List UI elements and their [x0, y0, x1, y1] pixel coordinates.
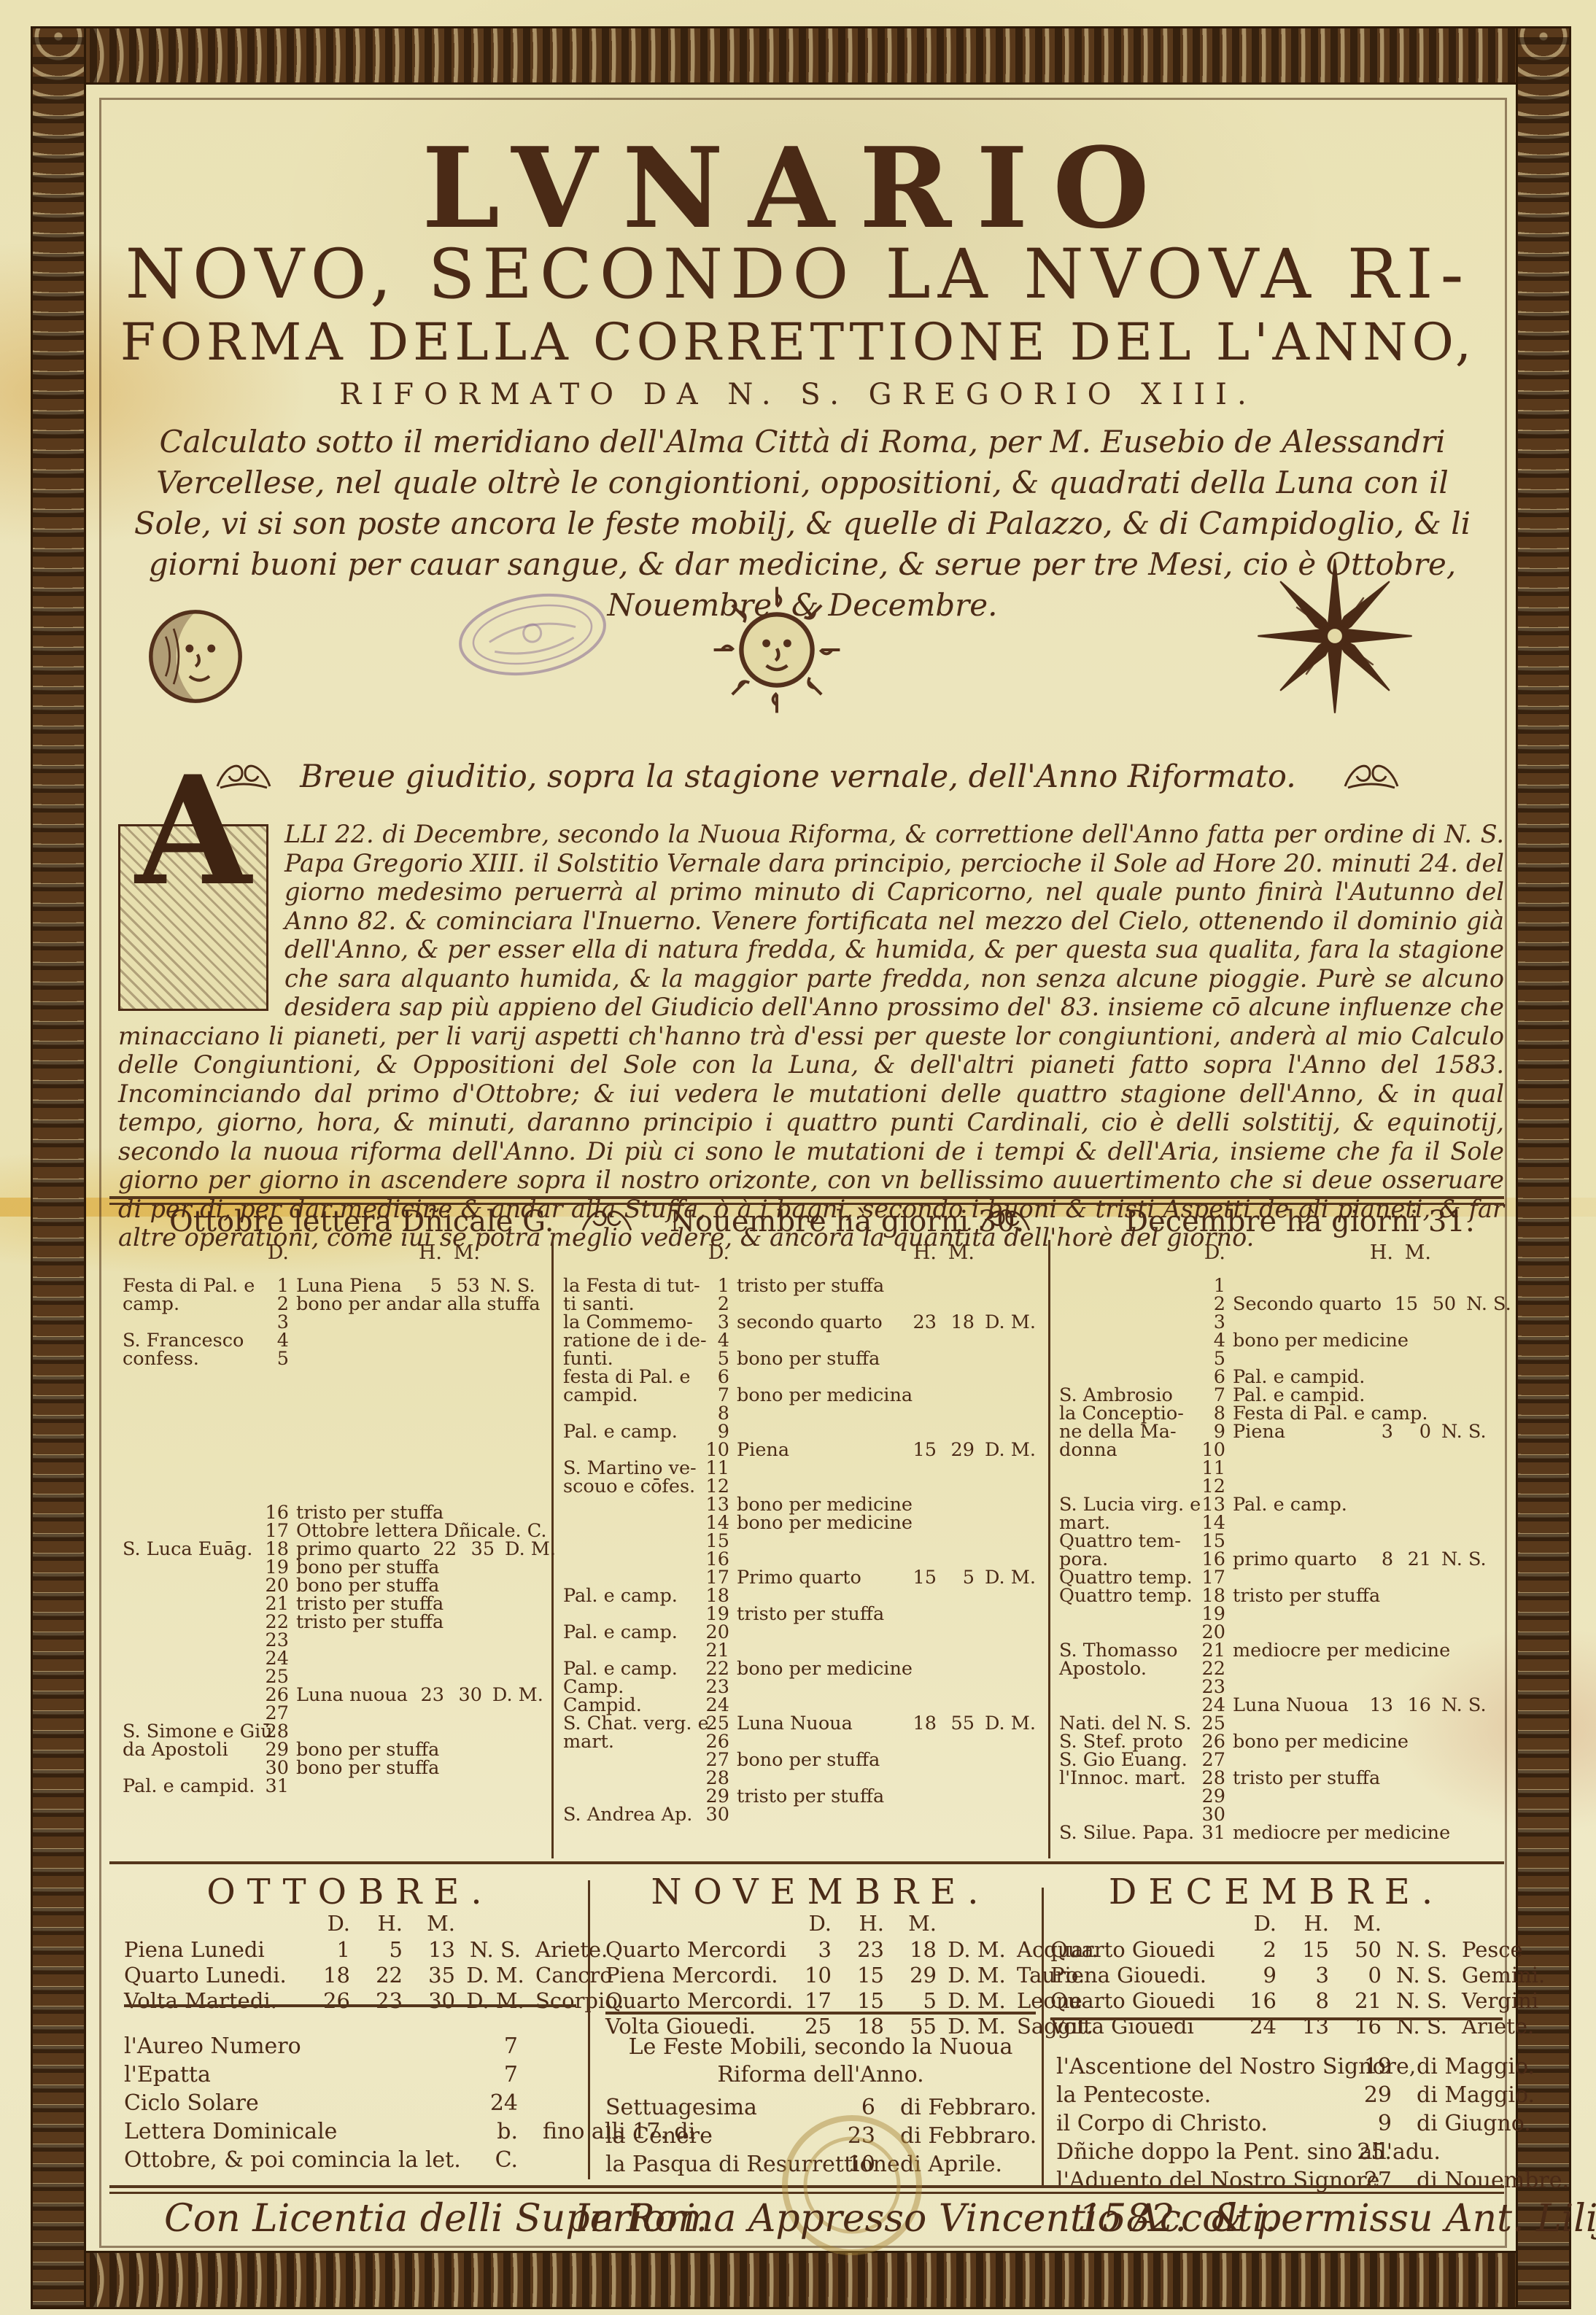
style-flag: N. S.: [1431, 1694, 1501, 1713]
calendar-row: 17Primo quarto155D. M.: [563, 1567, 1045, 1585]
saint-feast-label: [1059, 1457, 1192, 1476]
day-note: [296, 1721, 406, 1739]
style-flag: [1525, 1822, 1595, 1840]
info-label: l'Aureo Numero: [124, 2033, 467, 2062]
style-flag: [1454, 1767, 1525, 1785]
spacer: [1017, 1911, 1036, 1937]
day-number: 2: [696, 1293, 737, 1311]
saint-feast-label: S. Stef. proto: [1059, 1731, 1192, 1749]
calendar-row: 24Luna Nuoua1316N. S.: [1059, 1694, 1501, 1713]
day-note: [1233, 1311, 1357, 1330]
hour-value: 15: [900, 1439, 937, 1457]
hour-value: [913, 1658, 949, 1676]
dropcap-woodcut: A: [118, 824, 268, 1011]
minute-value: 35: [457, 1538, 495, 1556]
hour-value: [900, 1403, 937, 1421]
style-flag: [480, 1330, 550, 1348]
minute-value: [480, 1593, 518, 1611]
saint-feast-label: [123, 1520, 255, 1538]
day-note: bono per stuffa: [296, 1739, 439, 1757]
saint-feast-label: Pal. e camp.: [563, 1621, 696, 1640]
saint-feast-label: [563, 1567, 696, 1585]
calendar-row: S. Andrea Ap.30: [563, 1804, 1045, 1822]
hour-value: [900, 1749, 937, 1767]
style-flag: [975, 1676, 1045, 1694]
calendar-column-october: D.H.M.Festa di Pal. e1Luna Piena553N. S.…: [123, 1241, 550, 1794]
day-number: 10: [1192, 1439, 1233, 1457]
minute-value: 30: [444, 1684, 482, 1702]
day-note: [737, 1676, 900, 1694]
spacer: [937, 1911, 1017, 1937]
style-flag: D. M.: [937, 1963, 1017, 1988]
saint-feast-label: [563, 1767, 696, 1785]
saint-feast-label: S. Thomasso: [1059, 1640, 1192, 1658]
day-number: 26: [312, 1988, 350, 2014]
minute-value: 5: [884, 1988, 937, 2014]
saint-feast-label: [123, 1311, 255, 1330]
hour-value: [1450, 1822, 1487, 1840]
minute-value: [1393, 1311, 1431, 1330]
phase-event: Quarto Mercordi: [605, 1937, 794, 1963]
saint-feast-label: funti.: [563, 1348, 696, 1366]
minute-value: [937, 1621, 975, 1640]
saint-feast-label: [563, 1530, 696, 1548]
day-note: mediocre per medicine: [1233, 1822, 1450, 1840]
day-number: 8: [1192, 1403, 1233, 1421]
day-note: tristo per stuffa: [296, 1502, 443, 1520]
minute-value: [1393, 1275, 1431, 1293]
fleuron-icon: [1341, 757, 1402, 792]
calendar-row: 30bono per stuffa: [123, 1757, 550, 1775]
feste-signore-list: l'Ascentione del Nostro Signore,19di Mag…: [1056, 2054, 1503, 2196]
style-flag: [975, 1403, 1045, 1421]
style-flag: [1454, 1585, 1525, 1603]
saint-feast-label: [563, 1548, 696, 1567]
hour-value: [406, 1721, 442, 1739]
calendar-row: 14bono per medicine: [563, 1512, 1045, 1530]
calendar-row: 20: [1059, 1621, 1501, 1640]
day-note: Pal. e campid.: [1233, 1366, 1365, 1384]
hour-value: [439, 1739, 476, 1757]
minute-col-header: M.: [403, 1911, 455, 1937]
calendar-row: 19tristo per stuffa: [563, 1603, 1045, 1621]
saint-feast-label: [123, 1684, 255, 1702]
info-label: Lettera Dominicale: [124, 2119, 467, 2147]
minute-value: 29: [884, 1963, 937, 1988]
hour-value: [900, 1676, 937, 1694]
calendar-row: Pal. e camp.22bono per medicine: [563, 1658, 1045, 1676]
info-value: 9: [1348, 2111, 1392, 2139]
saint-feast-label: mart.: [1059, 1512, 1192, 1530]
calendar-row: S. Silue. Papa.31mediocre per medicine: [1059, 1822, 1501, 1840]
day-col-header: D.: [312, 1911, 350, 1937]
calendar-row: 26Luna nuoua2330D. M.: [123, 1684, 550, 1702]
minute-value: [949, 1384, 987, 1403]
day-number: 25: [696, 1713, 737, 1731]
calendar-row: la Festa di tut-1tristo per stuffa: [563, 1275, 1045, 1293]
minute-value: [949, 1658, 987, 1676]
calendar-row: funti.5bono per stuffa: [563, 1348, 1045, 1366]
saint-feast-label: Quattro temp.: [1059, 1585, 1192, 1603]
saint-feast-label: camp.: [123, 1293, 255, 1311]
day-note: [1233, 1512, 1357, 1530]
minute-value: [1445, 1731, 1483, 1749]
calendar-row: 17Ottobre lettera Dñicale. C.: [123, 1520, 550, 1538]
hour-value: [1357, 1567, 1393, 1585]
saint-feast-label: pora.: [1059, 1548, 1192, 1567]
hour-value: [1357, 1476, 1393, 1494]
info-label: Ciclo Solare: [124, 2090, 467, 2119]
hour-value: [406, 1629, 442, 1648]
hour-value: [406, 1666, 442, 1684]
style-flag: [975, 1476, 1045, 1494]
title-line-2: NOVO, SECONDO LA NVOVA RI-: [0, 235, 1596, 314]
dropcap-letter: A: [120, 818, 266, 847]
info-label: la Pentecoste.: [1056, 2082, 1348, 2111]
day-number: 17: [794, 1988, 832, 2014]
calendar-row: Quattro tem-15: [1059, 1530, 1501, 1548]
minute-value: [949, 1512, 987, 1530]
saint-feast-label: [563, 1640, 696, 1658]
day-number: 26: [1192, 1731, 1233, 1749]
saint-feast-label: l'Innoc. mart.: [1059, 1767, 1192, 1785]
minute-value: [937, 1403, 975, 1421]
info-row: Dñiche doppo la Pent. sino all'adu.25.: [1056, 2139, 1503, 2168]
phase-table-headers: D.H.M.: [1050, 1911, 1503, 1937]
minute-value: [442, 1330, 480, 1348]
day-number: 22: [696, 1658, 737, 1676]
style-flag: [975, 1603, 1045, 1621]
day-number: 16: [696, 1548, 737, 1567]
hour-value: [443, 1611, 480, 1629]
calendar-row: 2Secondo quarto1550N. S.: [1059, 1293, 1501, 1311]
calendar-row: 11: [1059, 1457, 1501, 1476]
day-number: 27: [696, 1749, 737, 1767]
hour-value: [900, 1767, 937, 1785]
phase-table-row: Quarto Mercordi.17155D. M.Leone: [605, 1988, 1036, 2014]
phase-table-row: Piena Mercordi.101529D. M.Tauro.: [605, 1963, 1036, 1988]
day-note: tristo per stuffa: [296, 1593, 443, 1611]
saint-feast-label: [1059, 1676, 1192, 1694]
style-flag: D. M.: [937, 1988, 1017, 2014]
day-number: 14: [696, 1512, 737, 1530]
minute-value: [1393, 1785, 1431, 1804]
day-note: tristo per stuffa: [296, 1611, 443, 1629]
info-row: l'Epatta7: [124, 2062, 576, 2090]
calendar-row: 16: [563, 1548, 1045, 1567]
calendar-row: 29tristo per stuffa: [563, 1785, 1045, 1804]
info-row: l'Ascentione del Nostro Signore,19di Mag…: [1056, 2054, 1503, 2082]
month-header-october: Ottobre lettera Dñicale G.: [169, 1205, 554, 1238]
calendar-row: 13bono per medicine: [563, 1494, 1045, 1512]
day-number: 24: [696, 1694, 737, 1713]
hour-value: 5: [350, 1937, 403, 1963]
hour-value: [1409, 1330, 1445, 1348]
day-number: 29: [1192, 1785, 1233, 1804]
phase-table-row: Quarto Giouedi16821N. S.Vergini: [1050, 1988, 1503, 2014]
day-note: [737, 1457, 900, 1476]
minute-col-header: M.: [884, 1911, 937, 1937]
saint-feast-label: [1059, 1804, 1192, 1822]
style-flag: [987, 1384, 1057, 1403]
minute-value: [1393, 1567, 1431, 1585]
style-flag: D. M.: [455, 1988, 535, 2014]
day-number: 20: [696, 1621, 737, 1640]
minute-value: [937, 1640, 975, 1658]
day-note: tristo per stuffa: [737, 1275, 900, 1293]
style-flag: [480, 1648, 550, 1666]
day-note: Piena: [737, 1439, 900, 1457]
saint-feast-label: [563, 1785, 696, 1804]
style-flag: [1431, 1785, 1501, 1804]
saint-feast-label: Festa di Pal. e: [123, 1275, 255, 1293]
minute-value: [1393, 1530, 1431, 1548]
day-number: 3: [696, 1311, 737, 1330]
minute-value: [1393, 1348, 1431, 1366]
hour-value: [900, 1457, 937, 1476]
info-suffix: [518, 2090, 543, 2119]
day-number: 18: [1192, 1585, 1233, 1603]
calendar-row: camp.2bono per andar alla stuffa: [123, 1293, 550, 1311]
saint-feast-label: Campid.: [563, 1694, 696, 1713]
hour-value: [913, 1494, 949, 1512]
day-number: 18: [312, 1963, 350, 1988]
calendar-row: la Conceptio-8Festa di Pal. e camp.: [1059, 1403, 1501, 1421]
minute-value: 0: [1329, 1963, 1382, 1988]
minute-value: 29: [937, 1439, 975, 1457]
hour-value: [900, 1421, 937, 1439]
day-note: bono per stuffa: [296, 1757, 439, 1775]
hour-value: 23: [900, 1311, 937, 1330]
saint-feast-label: ti santi.: [563, 1293, 696, 1311]
hour-value: 8: [1357, 1548, 1393, 1567]
day-note: [1233, 1603, 1357, 1621]
calendar-column-headers: D.H.M.: [123, 1241, 550, 1275]
minute-value: [480, 1502, 518, 1520]
zodiac-sign: Ariete.: [535, 1937, 608, 1963]
info-label: l'Epatta: [124, 2062, 467, 2090]
saint-feast-label: donna: [1059, 1439, 1192, 1457]
minute-value: [442, 1721, 480, 1739]
info-label: l'Ascentione del Nostro Signore,: [1056, 2054, 1348, 2082]
computus-list: l'Aureo Numero7l'Epatta7Ciclo Solare24Le…: [124, 2033, 576, 2176]
style-flag: [1431, 1804, 1501, 1822]
style-flag: [975, 1621, 1045, 1640]
saint-feast-label: [1059, 1621, 1192, 1640]
column-divider: [1042, 1888, 1044, 2188]
style-flag: [975, 1348, 1045, 1366]
spacer: [124, 1911, 312, 1937]
saint-feast-label: [1059, 1366, 1192, 1384]
phase-table-headers: D.H.M.: [124, 1911, 576, 1937]
star-burst-icon: [1255, 556, 1415, 716]
phase-table-row: Piena Giouedi.930N. S.Gemini.: [1050, 1963, 1503, 1988]
hour-value: [1357, 1749, 1393, 1767]
saint-feast-label: [1059, 1694, 1192, 1713]
minute-value: [937, 1457, 975, 1476]
saint-feast-label: [123, 1648, 255, 1666]
day-number: 7: [1192, 1384, 1233, 1403]
day-number: 18: [255, 1538, 296, 1556]
minute-value: [937, 1421, 975, 1439]
calendar-row: 1: [1059, 1275, 1501, 1293]
hour-value: 23: [832, 1937, 884, 1963]
day-number: 5: [696, 1348, 737, 1366]
hour-value: [439, 1757, 476, 1775]
style-flag: [480, 1721, 550, 1739]
minute-value: [1393, 1494, 1431, 1512]
calendar-row: S. Ambrosio7Pal. e campid.: [1059, 1384, 1501, 1403]
info-row: Ciclo Solare24: [124, 2090, 576, 2119]
day-note: [1233, 1785, 1357, 1804]
day-note: Luna nuoua: [296, 1684, 408, 1702]
day-number: 2: [1192, 1293, 1233, 1311]
minute-value: [937, 1694, 975, 1713]
hour-value: [1357, 1348, 1393, 1366]
day-number: 30: [1192, 1804, 1233, 1822]
calendar-column-headers: D.H.M.: [1059, 1241, 1501, 1275]
info-label: Ottobre, & poi comincia la let.: [124, 2147, 467, 2176]
spacer: [1059, 1241, 1192, 1275]
minute-value: [937, 1731, 975, 1749]
style-flag: [1431, 1512, 1501, 1530]
phase-event: Quarto Mercordi.: [605, 1988, 794, 2014]
saint-feast-label: Camp.: [563, 1676, 696, 1694]
hour-value: [900, 1603, 937, 1621]
divider-rule: [109, 1861, 1504, 1864]
day-col-header: D.: [1192, 1241, 1233, 1275]
minute-value: 5: [937, 1567, 975, 1585]
hour-value: [900, 1476, 937, 1494]
hour-value: [1357, 1785, 1393, 1804]
style-flag: [1431, 1311, 1501, 1330]
calendar-row: Camp.23: [563, 1676, 1045, 1694]
style-flag: N. S.: [455, 1937, 535, 1963]
calendar-row: 5: [1059, 1348, 1501, 1366]
day-note: [737, 1293, 900, 1311]
day-note: bono per andar alla stuffa: [296, 1293, 541, 1311]
minute-value: [1401, 1366, 1439, 1384]
style-flag: [1431, 1713, 1501, 1731]
hour-value: [900, 1585, 937, 1603]
day-number: 1: [255, 1275, 296, 1293]
style-flag: [1525, 1640, 1595, 1658]
style-flag: [1431, 1658, 1501, 1676]
saint-feast-label: la Conceptio-: [1059, 1403, 1192, 1421]
saint-feast-label: [1059, 1330, 1192, 1348]
minute-value: [937, 1476, 975, 1494]
day-number: 17: [1192, 1567, 1233, 1585]
spacer: [605, 1911, 794, 1937]
day-note: [1233, 1676, 1357, 1694]
hour-value: 23: [408, 1684, 444, 1702]
day-number: 27: [1192, 1749, 1233, 1767]
day-number: 22: [255, 1611, 296, 1629]
info-value: 7: [467, 2062, 518, 2090]
day-note: [737, 1585, 900, 1603]
calendar-row: 27: [123, 1702, 550, 1721]
minute-value: [442, 1648, 480, 1666]
saint-feast-label: Pal. e campid.: [123, 1775, 255, 1794]
minute-value: [1393, 1676, 1431, 1694]
style-flag: [1431, 1530, 1501, 1548]
spacer: [1382, 1911, 1462, 1937]
calendar-row: 23: [123, 1629, 550, 1648]
saint-feast-label: S. Francesco: [123, 1330, 255, 1348]
day-note: bono per stuffa: [296, 1575, 439, 1593]
day-number: 16: [255, 1502, 296, 1520]
day-number: 15: [1192, 1530, 1233, 1548]
calendar-row: 16tristo per stuffa: [123, 1502, 550, 1520]
day-note: bono per stuffa: [296, 1556, 439, 1575]
day-number: 3: [794, 1937, 832, 1963]
hour-value: [1357, 1676, 1393, 1694]
phase-event: Quarto Lunedi.: [124, 1963, 312, 1988]
info-suffix: di Maggio.: [1392, 2082, 1535, 2111]
day-number: 10: [794, 1963, 832, 1988]
style-flag: D. M.: [455, 1963, 535, 1988]
calendar-row: ratione de i de-4: [563, 1330, 1045, 1348]
calendar-row: 3: [1059, 1311, 1501, 1330]
minute-value: [442, 1629, 480, 1648]
saint-feast-label: la Festa di tut-: [563, 1275, 696, 1293]
saint-feast-label: [123, 1593, 255, 1611]
info-suffix: [518, 2062, 543, 2090]
calendar-row: S. Simone e Giū28: [123, 1721, 550, 1739]
calendar-row: 10Piena1529D. M.: [563, 1439, 1045, 1457]
hour-value: 15: [900, 1567, 937, 1585]
calendar-row: donna10: [1059, 1439, 1501, 1457]
style-flag: [975, 1457, 1045, 1476]
minute-value: [1393, 1749, 1431, 1767]
hour-value: [443, 1502, 480, 1520]
info-row: l'Aureo Numero7: [124, 2033, 576, 2062]
calendar-row: Pal. e campid.31: [123, 1775, 550, 1794]
style-flag: [975, 1275, 1045, 1293]
style-flag: D. M.: [975, 1311, 1045, 1330]
phase-table-headers: D.H.M.: [605, 1911, 1036, 1937]
day-number: 5: [1192, 1348, 1233, 1366]
style-flag: [1431, 1749, 1501, 1767]
day-number: 7: [696, 1384, 737, 1403]
hour-value: [1357, 1311, 1393, 1330]
style-flag: [975, 1640, 1045, 1658]
hour-value: [1450, 1640, 1487, 1658]
style-flag: [975, 1585, 1045, 1603]
day-note: [737, 1804, 900, 1822]
style-flag: [1431, 1567, 1501, 1585]
calendar-row: 4bono per medicine: [1059, 1330, 1501, 1348]
day-number: 9: [1239, 1963, 1277, 1988]
style-flag: [1431, 1457, 1501, 1476]
hour-col-header: H.: [406, 1241, 442, 1275]
hour-value: [1365, 1366, 1401, 1384]
calendar-row: l'Innoc. mart.28tristo per stuffa: [1059, 1767, 1501, 1785]
day-number: 31: [1192, 1822, 1233, 1840]
day-number: 30: [255, 1757, 296, 1775]
minute-value: [1465, 1403, 1503, 1421]
day-note: mediocre per medicine: [1233, 1640, 1450, 1658]
sun-face-icon: [711, 581, 842, 719]
saint-feast-label: Pal. e camp.: [563, 1585, 696, 1603]
minute-value: 53: [442, 1275, 480, 1293]
style-flag: N. S.: [480, 1275, 550, 1293]
style-flag: [975, 1749, 1045, 1767]
phase-table-title-october: OTTOBRE.: [124, 1872, 576, 1912]
saint-feast-label: [1059, 1275, 1192, 1293]
calendar-row: confess.5: [123, 1348, 550, 1366]
day-number: 28: [696, 1767, 737, 1785]
